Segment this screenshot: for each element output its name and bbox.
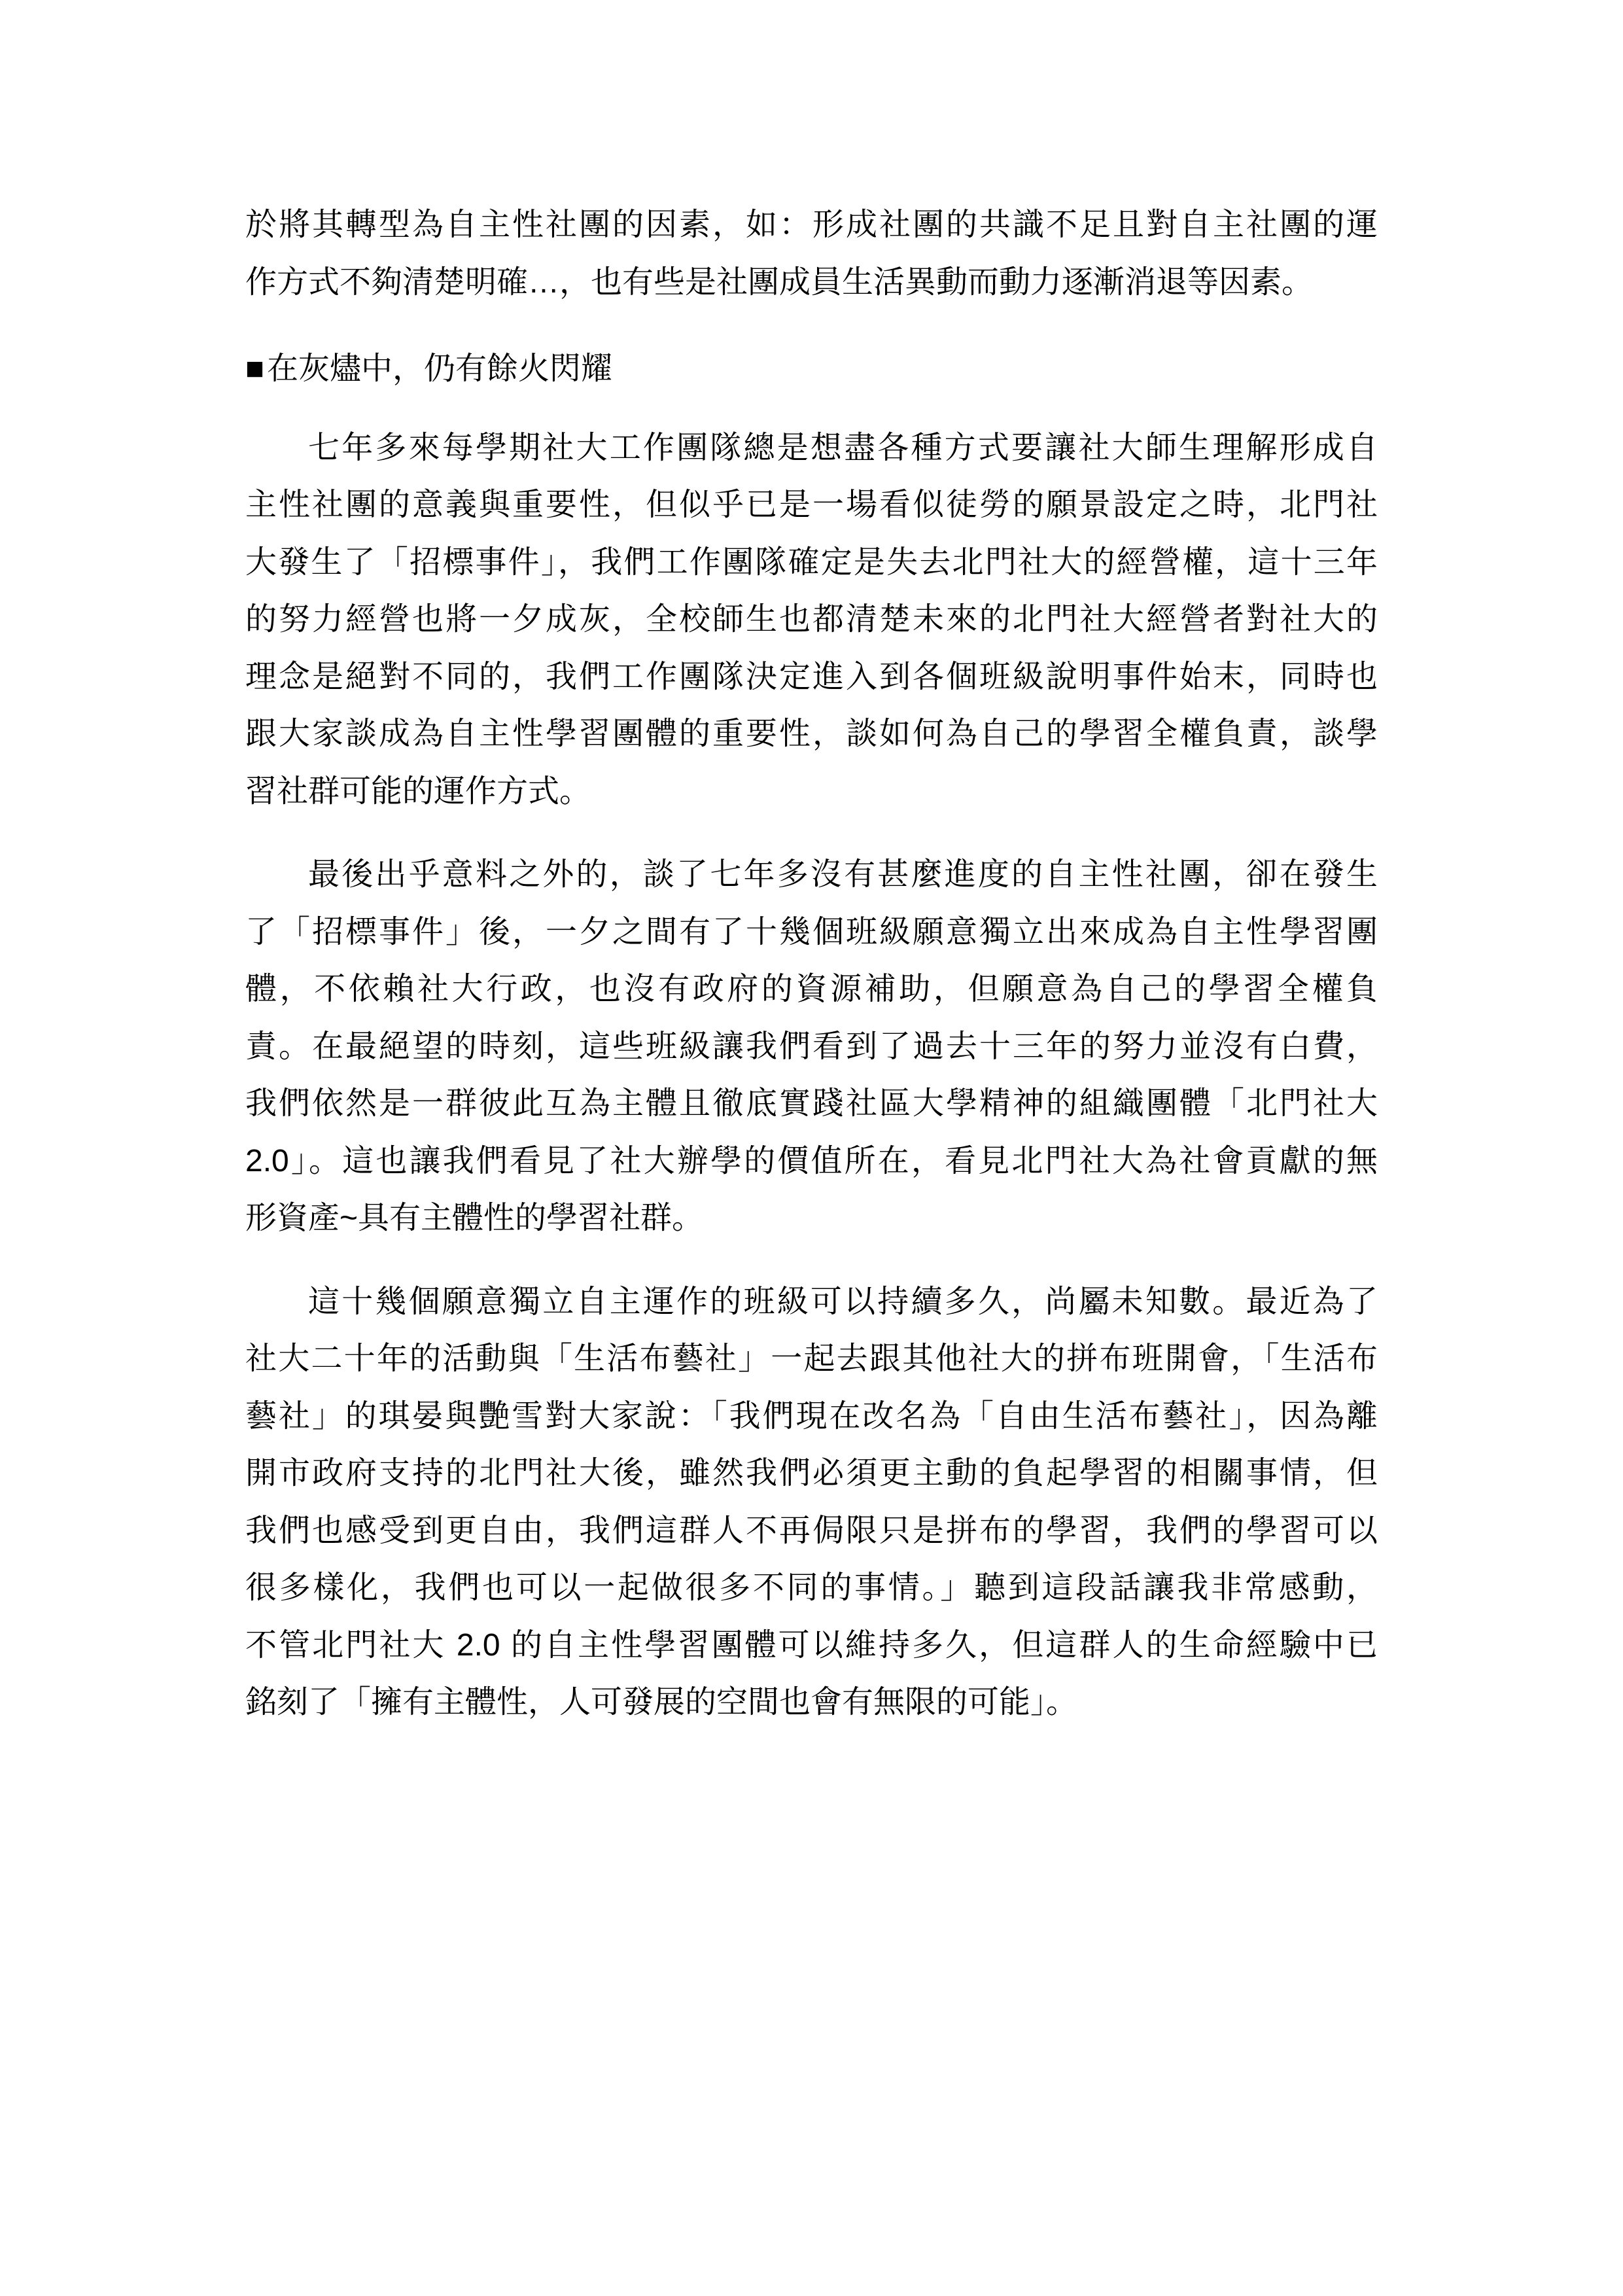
text-line: 不管北門社大 2.0 的自主性學習團體可以維持多久，但這群人的生命經驗中已 [245,1617,1378,1674]
paragraph: 七年多來每學期社大工作團隊總是想盡各種方式要讓社大師生理解形成自主性社團的意義與… [245,419,1378,821]
text-line: 我們也感受到更自由，我們這群人不再侷限只是拼布的學習，我們的學習可以 [245,1502,1378,1560]
document-page: 於將其轉型為自主性社團的因素，如：形成社團的共識不足且對自主社團的運作方式不夠清… [0,0,1623,2296]
text-line: 責。在最絕望的時刻，這些班級讓我們看到了過去十三年的努力並沒有白費， [245,1018,1378,1076]
text-line: 習社群可能的運作方式。 [245,763,1378,821]
section-heading: ■在灰燼中，仍有餘火閃耀 [245,340,1378,398]
text-line: 理念是絕對不同的，我們工作團隊決定進入到各個班級說明事件始末，同時也 [245,648,1378,706]
text-line: 體，不依賴社大行政，也沒有政府的資源補助，但願意為自己的學習全權負 [245,961,1378,1018]
text-line: 2.0」。這也讓我們看見了社大辦學的價值所在，看見北門社大為社會貢獻的無 [245,1133,1378,1190]
paragraph: 最後出乎意料之外的，談了七年多沒有甚麼進度的自主性社團，卻在發生了「招標事件」後… [245,846,1378,1247]
text-line: 社大二十年的活動與「生活布藝社」一起去跟其他社大的拼布班開會，「生活布 [245,1330,1378,1388]
text-line: 這十幾個願意獨立自主運作的班級可以持續多久，尚屬未知數。最近為了 [245,1273,1378,1331]
page-content: 於將其轉型為自主性社團的因素，如：形成社團的共識不足且對自主社團的運作方式不夠清… [245,196,1378,1731]
text-line: 形資產~具有主體性的學習社群。 [245,1190,1378,1247]
text-line: 開市政府支持的北門社大後，雖然我們必須更主動的負起學習的相關事情，但 [245,1445,1378,1502]
text-line: 主性社團的意義與重要性，但似乎已是一場看似徒勞的願景設定之時，北門社 [245,476,1378,534]
text-line: 我們依然是一群彼此互為主體且徹底實踐社區大學精神的組織團體「北門社大 [245,1075,1378,1133]
text-line: 七年多來每學期社大工作團隊總是想盡各種方式要讓社大師生理解形成自 [245,419,1378,477]
text-line: 的努力經營也將一夕成灰，全校師生也都清楚未來的北門社大經營者對社大的 [245,591,1378,648]
heading-text: 在灰燼中，仍有餘火閃耀 [267,351,612,386]
text-line: 藝社」的琪晏與艷雪對大家說：「我們現在改名為「自由生活布藝社」，因為離 [245,1388,1378,1445]
paragraph: 這十幾個願意獨立自主運作的班級可以持續多久，尚屬未知數。最近為了社大二十年的活動… [245,1273,1378,1731]
text-line: 了「招標事件」後，一夕之間有了十幾個班級願意獨立出來成為自主性學習團 [245,904,1378,961]
text-line: 於將其轉型為自主性社團的因素，如：形成社團的共識不足且對自主社團的運 [245,196,1378,254]
square-bullet-icon: ■ [245,351,267,386]
text-line: 最後出乎意料之外的，談了七年多沒有甚麼進度的自主性社團，卻在發生 [245,846,1378,904]
text-line: 很多樣化，我們也可以一起做很多不同的事情。」聽到這段話讓我非常感動， [245,1559,1378,1617]
heading-line: ■在灰燼中，仍有餘火閃耀 [245,340,1378,398]
text-line: 銘刻了「擁有主體性，人可發展的空間也會有無限的可能」。 [245,1674,1378,1731]
text-line: 大發生了「招標事件」，我們工作團隊確定是失去北門社大的經營權，這十三年 [245,534,1378,592]
text-line: 作方式不夠清楚明確…，也有些是社團成員生活異動而動力逐漸消退等因素。 [245,254,1378,311]
text-line: 跟大家談成為自主性學習團體的重要性，談如何為自己的學習全權負責，談學 [245,705,1378,763]
paragraph: 於將其轉型為自主性社團的因素，如：形成社團的共識不足且對自主社團的運作方式不夠清… [245,196,1378,311]
